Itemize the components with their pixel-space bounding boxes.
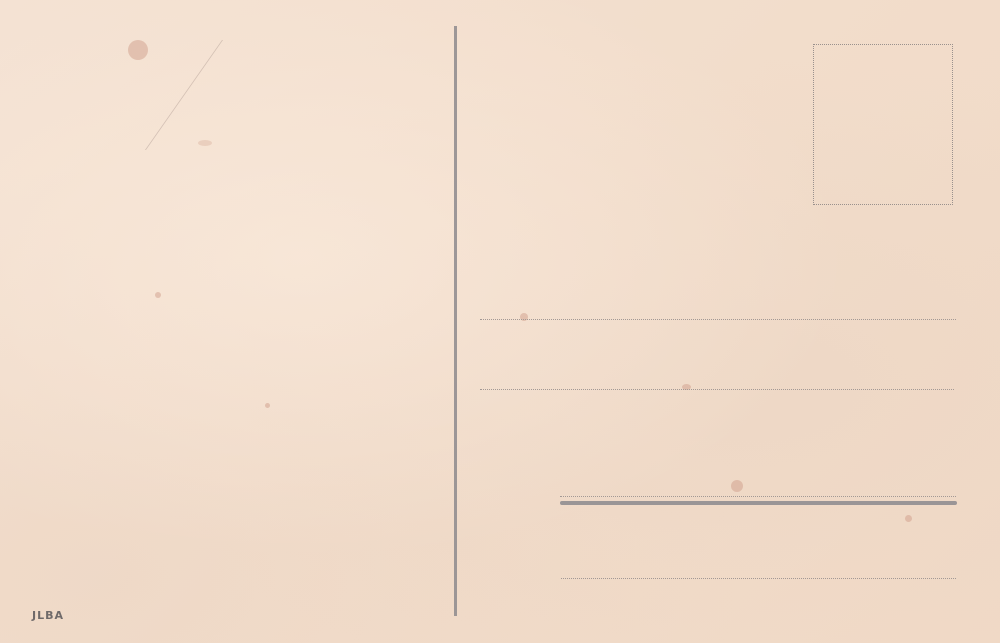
- address-line-3: [560, 496, 956, 497]
- age-spot: [155, 292, 161, 298]
- age-spot: [265, 403, 270, 408]
- stamp-box: [813, 44, 953, 205]
- address-line-4: [561, 578, 956, 579]
- age-spot: [905, 515, 912, 522]
- address-line-2: [480, 389, 954, 390]
- address-underline-solid: [560, 501, 957, 505]
- paper-crease: [145, 40, 303, 150]
- age-spot: [731, 480, 743, 492]
- center-divider-line: [454, 26, 457, 616]
- age-spot: [128, 40, 148, 60]
- publisher-mark: JLBA: [32, 609, 64, 622]
- address-line-1: [480, 319, 956, 320]
- postcard-back: JLBA: [0, 0, 1000, 643]
